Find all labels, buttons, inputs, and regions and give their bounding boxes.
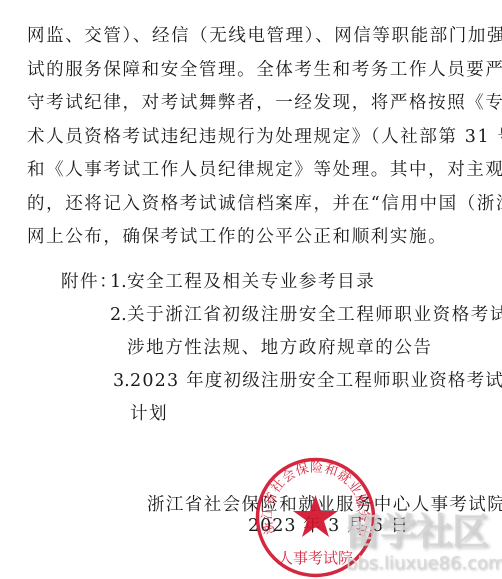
body-line: 的，还将记入资格考试诚信档案库，并在“信用中国（浙江）” (27, 193, 482, 215)
attachment-number: 3. (113, 370, 130, 392)
body-line: 守考试纪律，对考试舞弊者，一经发现，将严格按照《专业技 (27, 92, 482, 114)
attachment-item-3: 2023 年度初级注册安全工程师职业资格考试工作 (130, 370, 502, 392)
attachment-item-2: 关于浙江省初级注册安全工程师职业资格考试所 (127, 304, 502, 326)
attachment-item-1: 安全工程及相关专业参考目录 (127, 271, 375, 293)
svg-text:人事考试院: 人事考试院 (278, 549, 353, 567)
document-page: 网监、交管）、经信（无线电管理）、网信等职能部门加强对考 试的服务保障和安全管理… (0, 0, 502, 579)
body-line: 网上公布，确保考试工作的公平公正和顺利实施。 (27, 226, 447, 248)
body-line: 术人员资格考试违纪违规行为处理规定》（人社部第 31 号令） (27, 126, 482, 148)
body-line: 和《人事考试工作人员纪律规定》等处理。其中，对主观违纪 (27, 159, 482, 181)
attachment-number: 1. (110, 271, 127, 293)
official-seal-icon: 浙江省社会保险和就业服务中心 人事考试院 (253, 455, 378, 579)
body-line: 网监、交管）、经信（无线电管理）、网信等职能部门加强对考 (27, 25, 482, 47)
attachment-item-2-cont: 涉地方性法规、地方政府规章的公告 (127, 337, 433, 359)
attachment-item-3-cont: 计划 (130, 403, 168, 425)
body-line: 试的服务保障和安全管理。全体考生和考务工作人员要严格遵 (27, 59, 482, 81)
attachment-number: 2. (110, 304, 127, 326)
